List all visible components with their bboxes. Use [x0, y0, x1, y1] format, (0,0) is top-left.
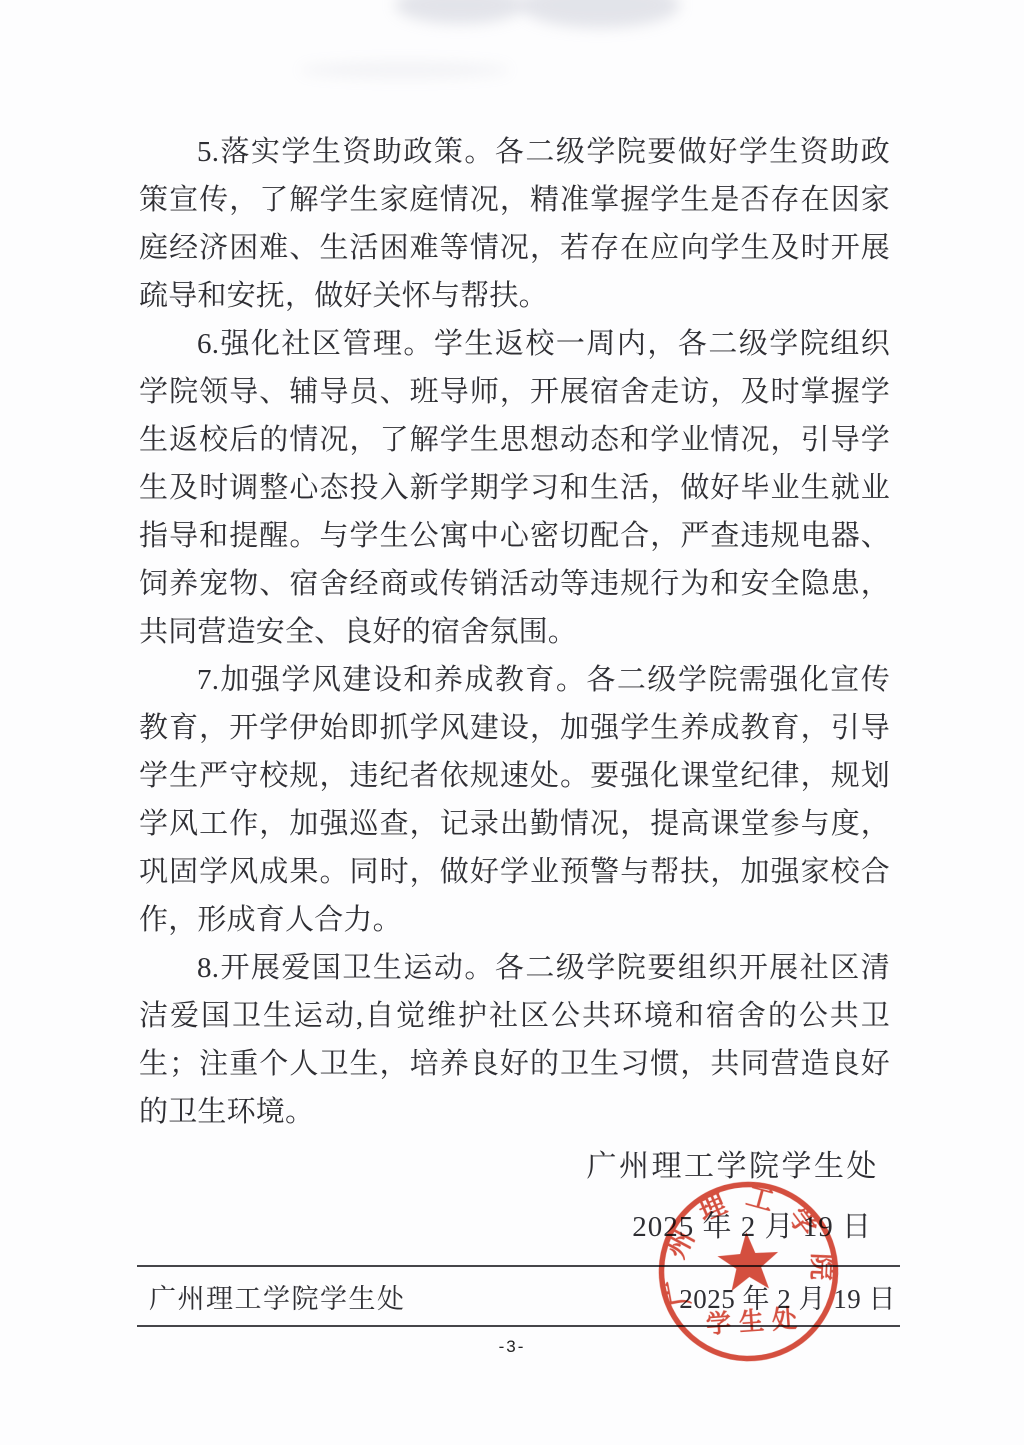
paragraph-5-student-aid: 5.落实学生资助政策。各二级学院要做好学生资助政策宣传，了解学生家庭情况，精准掌… [139, 128, 890, 320]
paragraph-6-community-mgmt: 6.强化社区管理。学生返校一周内，各二级学院组织学院领导、辅导员、班导师，开展宿… [139, 320, 890, 656]
scan-smudge [300, 62, 510, 78]
paragraph-7-study-style: 7.加强学风建设和养成教育。各二级学院需强化宣传教育，开学伊始即抓学风建设，加强… [139, 656, 890, 944]
document-body: 5.落实学生资助政策。各二级学院要做好学生资助政策宣传，了解学生家庭情况，精准掌… [139, 128, 890, 1136]
page-number: -3- [0, 1337, 1024, 1357]
document-page: 5.落实学生资助政策。各二级学院要做好学生资助政策宣传，了解学生家庭情况，精准掌… [0, 0, 1024, 1445]
paragraph-8-patriotic-health: 8.开展爱国卫生运动。各二级学院要组织开展社区清洁爱国卫生运动,自觉维护社区公共… [139, 944, 890, 1136]
scan-smudge [520, 0, 680, 28]
official-seal: 广州理工学院 学生处 [647, 1170, 851, 1374]
seal-bottom-text: 学生处 [705, 1304, 806, 1339]
seal-star-icon [716, 1230, 781, 1292]
footer-department: 广州理工学院学生处 [137, 1277, 406, 1316]
scan-smudge [395, 0, 525, 24]
